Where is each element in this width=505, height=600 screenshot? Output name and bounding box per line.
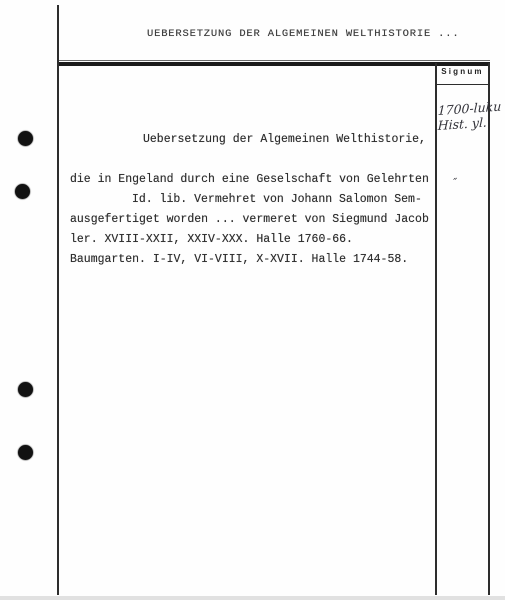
entry-line: Uebersetzung der Algemeinen Welthistorie… [70, 133, 436, 146]
right-border-rule [488, 63, 490, 595]
punch-hole-icon [18, 131, 33, 146]
scan-edge-artifact [0, 596, 505, 600]
punch-hole-icon [18, 382, 33, 397]
punch-hole-icon [18, 445, 33, 460]
entry-line: Id. lib. Vermehret von Johann Salomon Se… [70, 193, 436, 206]
top-rule-thin [57, 60, 490, 61]
signum-column-header: Signum [436, 67, 489, 76]
signum-header-underline [435, 84, 489, 85]
top-rule-thick [57, 62, 490, 66]
signum-handwritten-value: Hist. yl. [437, 115, 487, 134]
punch-hole-icon [15, 184, 30, 199]
catalog-entry: Id. lib. Vermehret von Johann Salomon Se… [70, 166, 436, 273]
catalog-card-page: UEBERSETZUNG DER ALGEMEINEN WELTHISTORIE… [0, 0, 505, 600]
left-margin-rule [57, 5, 59, 595]
page-title: UEBERSETZUNG DER ALGEMEINEN WELTHISTORIE… [147, 28, 459, 40]
signum-ditto-mark: ″ [453, 176, 458, 189]
entry-line: ler. XVIII-XXII, XXIV-XXX. Halle 1760-66… [70, 233, 436, 246]
